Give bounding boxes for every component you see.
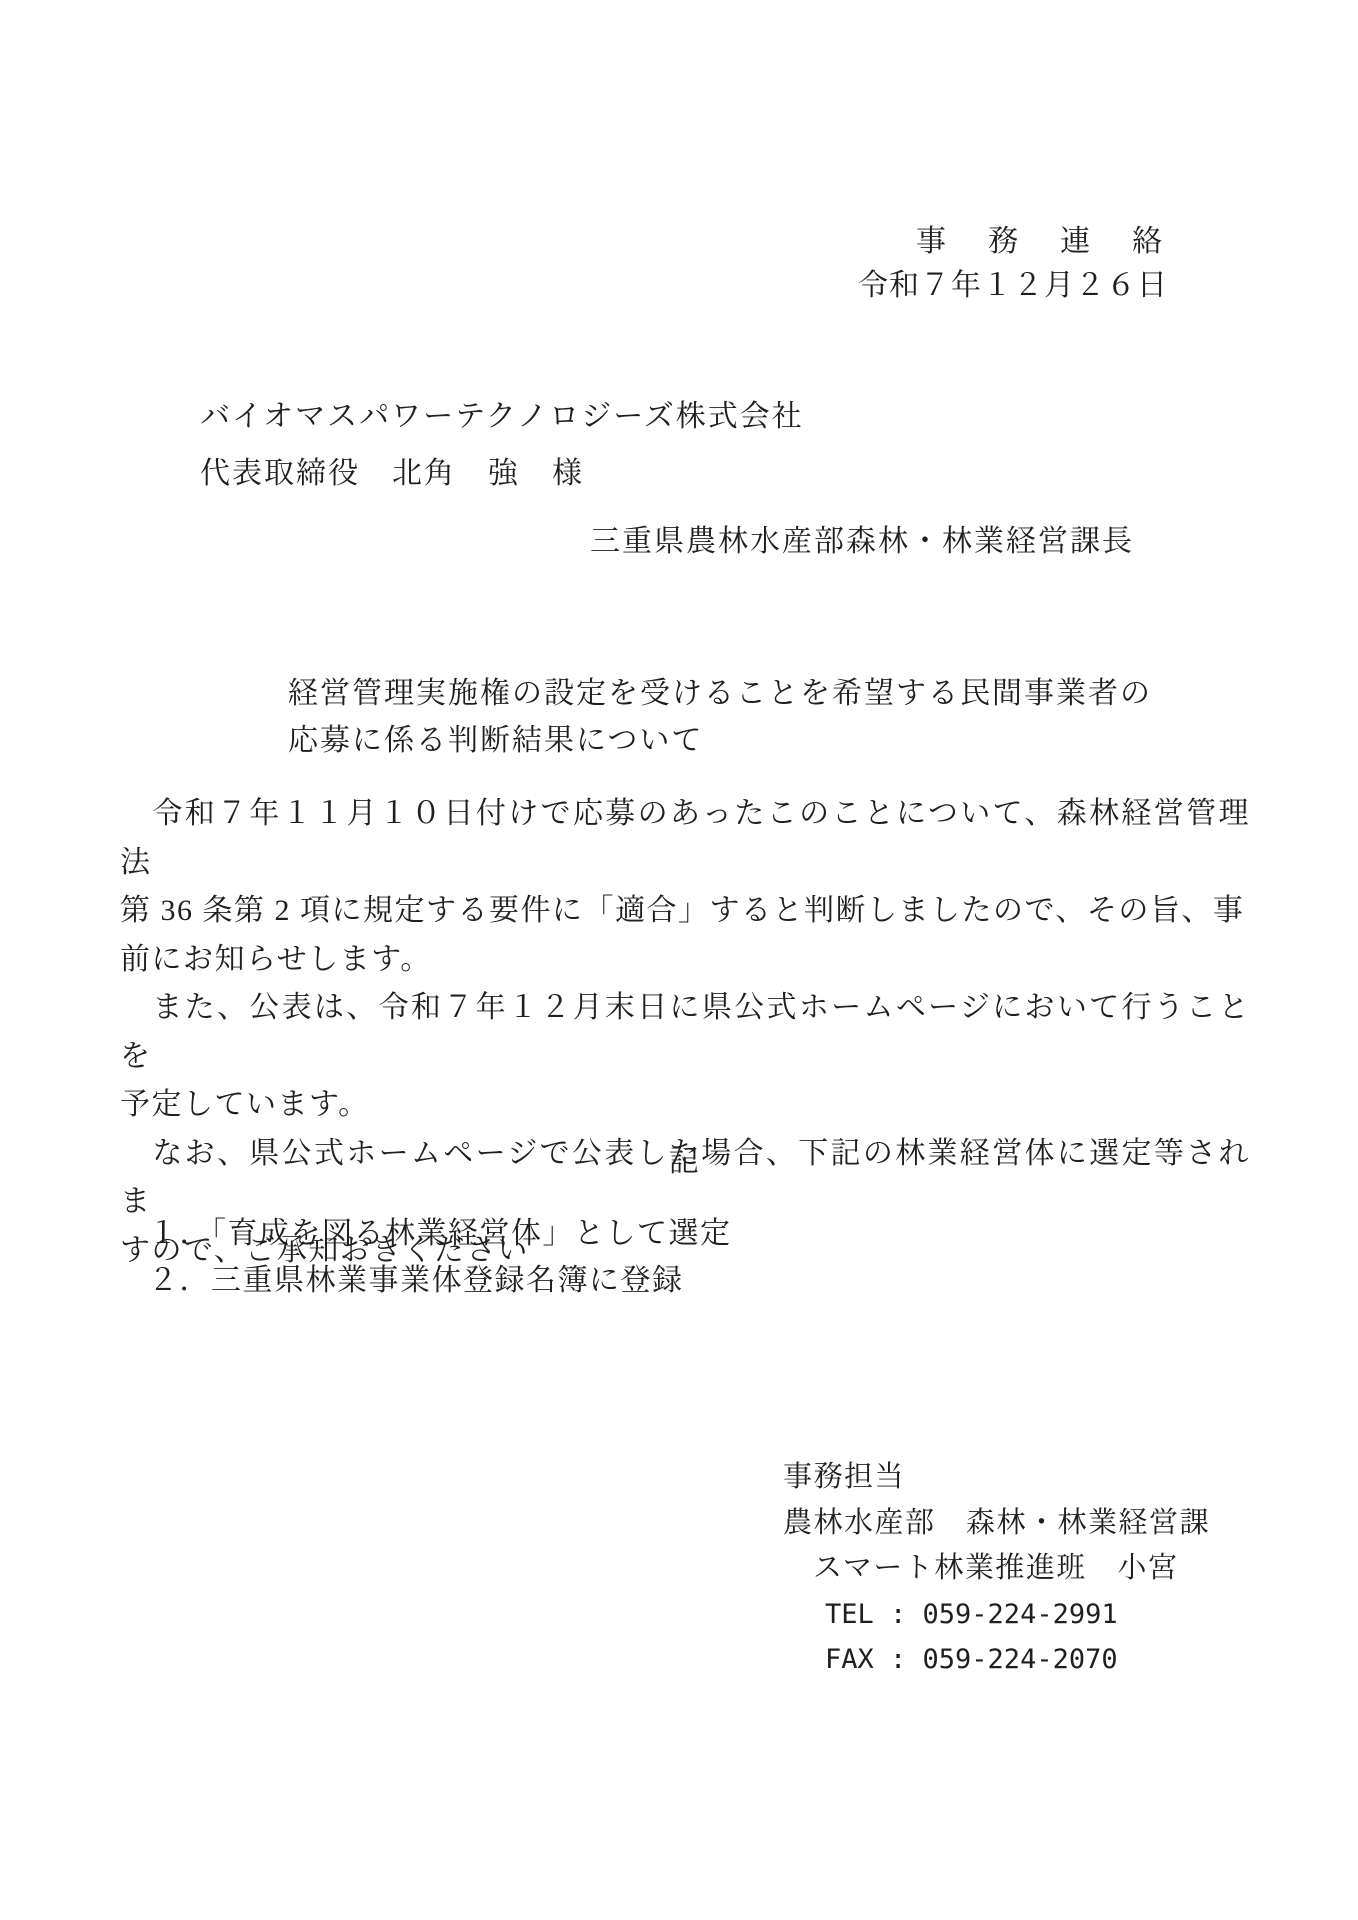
subject-title: 経営管理実施権の設定を受けることを希望する民間事業者の 応募に係る判断結果につい… (288, 670, 1152, 764)
contact-role: 事務担当 (783, 1455, 1210, 1501)
recipient-person: 代表取締役 北角 強 様 (200, 445, 804, 502)
subject-line-1: 経営管理実施権の設定を受けることを希望する民間事業者の (288, 670, 1152, 717)
sender-name: 三重県農林水産部森林・林業経営課長 (590, 516, 1134, 560)
decision-list: １．「育成を図る林業経営体」として選定 ２．三重県林業事業体登録名簿に登録 (148, 1210, 732, 1304)
contact-department: 農林水産部 森林・林業経営課 (783, 1501, 1210, 1547)
list-item: ２．三重県林業事業体登録名簿に登録 (148, 1257, 732, 1304)
contact-fax: FAX : 059-224-2070 (783, 1637, 1210, 1683)
recipient-block: バイオマスパワーテクノロジーズ株式会社 代表取締役 北角 強 様 (200, 388, 804, 502)
contact-block: 事務担当 農林水産部 森林・林業経営課 スマート林業推進班 小宮 TEL : 0… (783, 1455, 1210, 1683)
doc-type-label: 事 務 連 絡 (858, 220, 1168, 264)
letter-header: 事 務 連 絡 令和７年１２月２６日 (858, 220, 1168, 308)
doc-date: 令和７年１２月２６日 (858, 264, 1168, 308)
letter-page: 事 務 連 絡 令和７年１２月２６日 バイオマスパワーテクノロジーズ株式会社 代… (0, 0, 1358, 1920)
body-line: 予定しています。 (120, 1081, 1250, 1130)
record-marker: 記 (120, 1136, 1250, 1180)
subject-line-2: 応募に係る判断結果について (288, 717, 1152, 764)
body-line: 令和７年１１月１０日付けで応募のあったこのことについて、森林経営管理法 (120, 790, 1250, 887)
body-line: 第 36 条第 2 項に規定する要件に「適合」すると判断しましたので、その旨、事 (120, 887, 1250, 936)
recipient-company: バイオマスパワーテクノロジーズ株式会社 (200, 388, 804, 445)
letter-body: 令和７年１１月１０日付けで応募のあったこのことについて、森林経営管理法 第 36… (120, 790, 1250, 1275)
list-item: １．「育成を図る林業経営体」として選定 (148, 1210, 732, 1257)
body-line: 前にお知らせします。 (120, 936, 1250, 985)
contact-team: スマート林業推進班 小宮 (783, 1546, 1210, 1592)
body-line: また、公表は、令和７年１２月末日に県公式ホームページにおいて行うことを (120, 984, 1250, 1081)
contact-tel: TEL : 059-224-2991 (783, 1592, 1210, 1638)
